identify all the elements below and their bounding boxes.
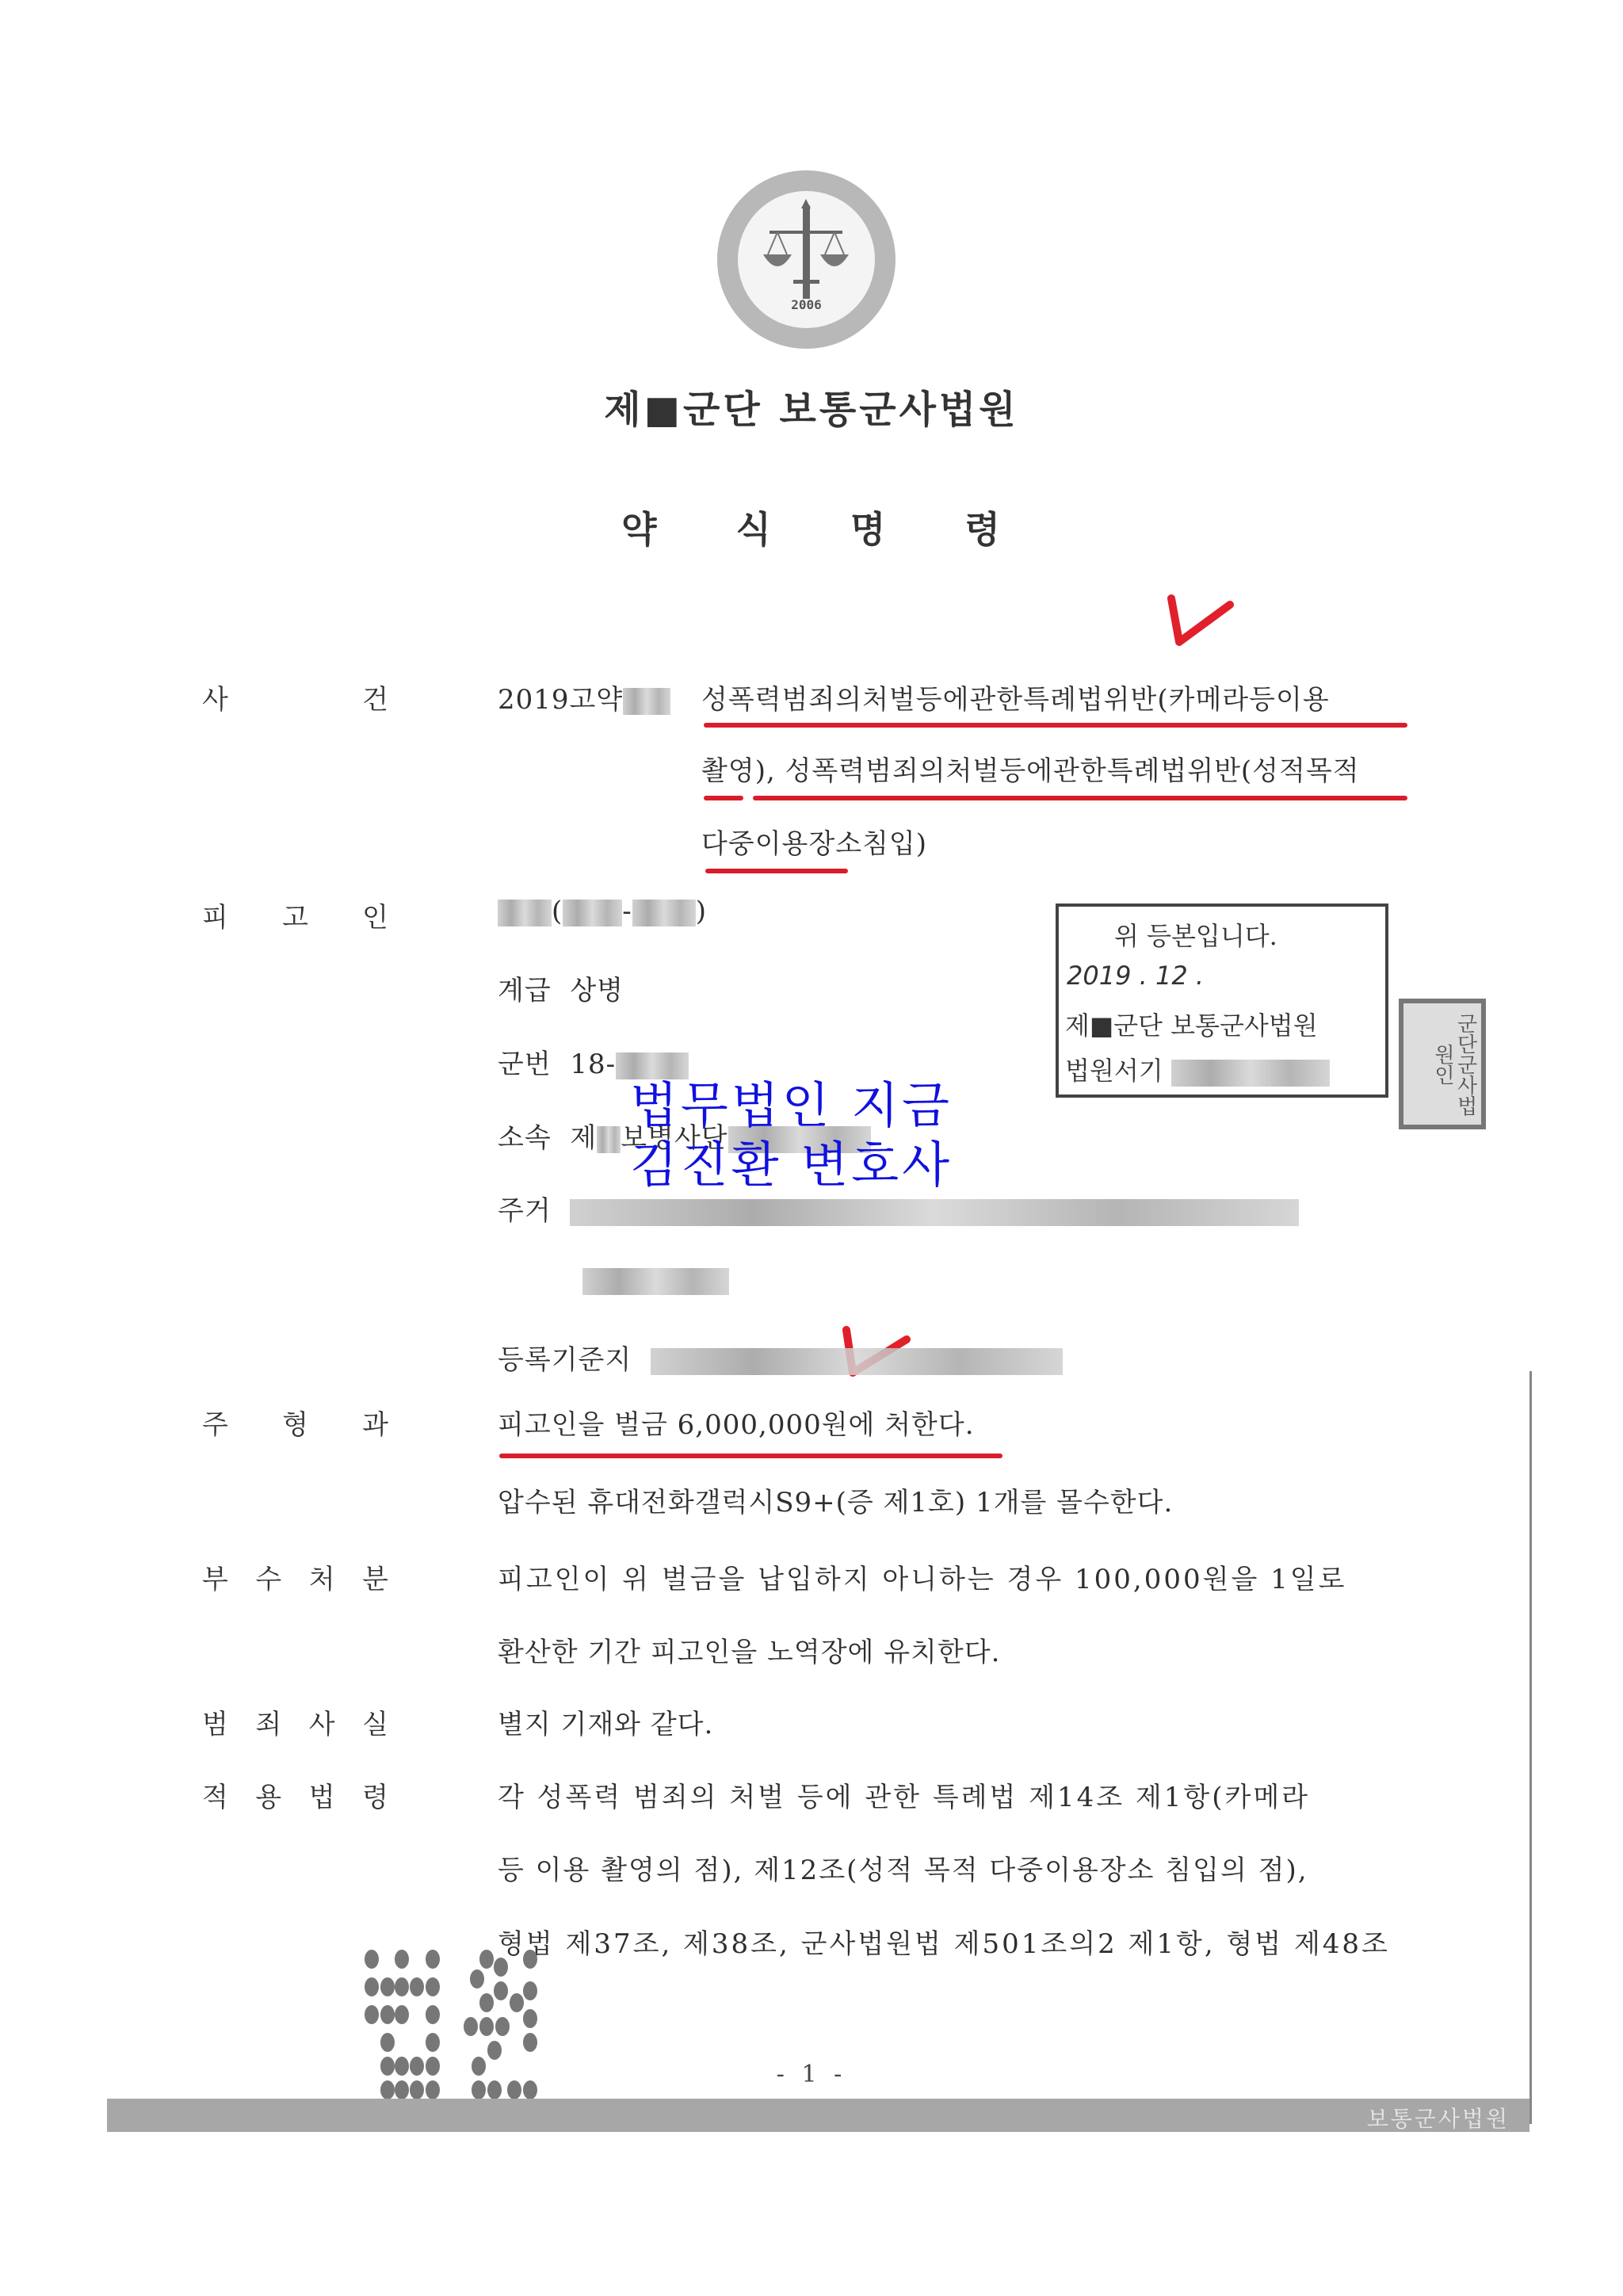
applicable-law-line-2: 등 이용 촬영의 점), 제12조(성적 목적 다중이용장소 침입의 점), <box>498 1848 1308 1887</box>
defendant-name: (-) <box>498 896 707 927</box>
redacted-case-number <box>623 688 670 715</box>
charge-line-3: 다중이용장소침입) <box>701 822 927 861</box>
red-underline <box>753 796 1407 800</box>
redacted-name <box>498 900 552 926</box>
label-defendant: 피 고 인 <box>202 896 388 934</box>
applicable-law-line-1: 각 성폭력 범죄의 처벌 등에 관한 특례법 제14조 제1항(카메라 <box>498 1775 1310 1814</box>
court-emblem: 2006 <box>717 170 896 349</box>
label-ancillary: 부 수 처 분 <box>202 1557 388 1596</box>
label-sentence: 주 형 과 <box>202 1403 388 1442</box>
red-underline <box>704 796 743 800</box>
redacted-id-front <box>563 900 622 926</box>
redacted-id-back <box>632 900 696 926</box>
sentence-confiscation: 압수된 휴대전화갤럭시S9+(증 제1호) 1개를 몰수한다. <box>498 1480 1173 1519</box>
label-facts: 범 죄 사 실 <box>202 1702 388 1741</box>
document-title: 약 식 명 령 <box>0 501 1623 553</box>
red-check-mark-icon <box>1165 590 1236 650</box>
facts-text: 별지 기재와 같다. <box>498 1702 713 1741</box>
red-underline <box>704 723 1407 728</box>
footer-band: 보통군사법원 <box>107 2099 1529 2132</box>
redacted-address <box>582 1268 729 1295</box>
redacted-address <box>570 1199 1299 1226</box>
defendant-residence-cont <box>582 1264 729 1296</box>
page-number: - 1 - <box>0 2061 1623 2088</box>
label-case: 사 건 <box>202 678 388 716</box>
watermark-lawyer: 김진환 변호사 <box>630 1125 953 1196</box>
footer-court-text: 보통군사법원 <box>1367 2102 1510 2134</box>
redacted-unit-number <box>597 1126 621 1153</box>
scan-margin-line <box>1529 1371 1532 2124</box>
court-name: 제■군단 보통군사법원 <box>0 379 1623 434</box>
ancillary-line-2: 환산한 기간 피고인을 노역장에 유치한다. <box>498 1630 1000 1669</box>
sentence-fine: 피고인을 벌금 6,000,000원에 처한다. <box>498 1403 975 1442</box>
ancillary-line-1: 피고인이 위 벌금을 납입하지 아니하는 경우 100,000원을 1일로 <box>498 1557 1346 1596</box>
label-applicable-law: 적 용 법 령 <box>202 1775 388 1814</box>
defendant-registered-domicile: 등록기준지 <box>498 1338 1063 1377</box>
applicable-law-line-3: 형법 제37조, 제38조, 군사법원법 제501조의2 제1항, 형법 제48… <box>498 1922 1390 1961</box>
red-underline <box>499 1454 1002 1458</box>
document-page: 2006 제■군단 보통군사법원 약 식 명 령 사 건 2019고약 성폭력범… <box>0 0 1623 2296</box>
court-seal: 군단군사법원인 <box>1399 999 1486 1129</box>
charge-line-1: 성폭력범죄의처벌등에관한특례법위반(카메라등이용 <box>701 678 1330 716</box>
redacted-domicile <box>651 1348 1063 1375</box>
defendant-rank: 계급 상병 <box>498 968 624 1007</box>
case-number: 2019고약 <box>498 678 670 716</box>
redacted-clerk-name <box>1171 1060 1330 1087</box>
charge-line-2: 촬영), 성폭력범죄의처벌등에관한특례법위반(성적목적 <box>701 749 1360 788</box>
emblem-year: 2006 <box>738 297 875 312</box>
red-underline <box>705 869 848 873</box>
certified-copy-stamp: 위 등본입니다. 2019 . 12 . 제■군단 보통군사법원 법원서기 <box>1056 904 1388 1098</box>
